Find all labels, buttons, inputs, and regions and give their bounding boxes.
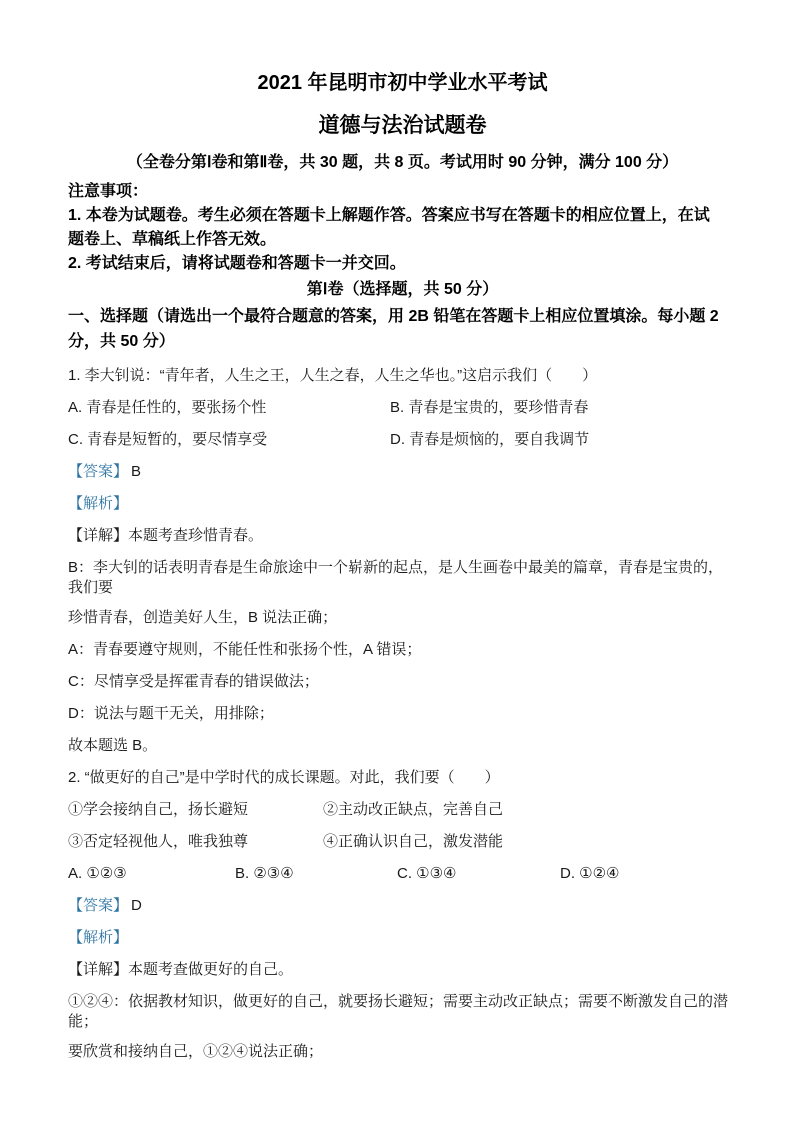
question-2-option-a: A. ①②③ — [68, 864, 235, 884]
question-1-stem: 1. 李大钊说：“青年者，人生之王，人生之春，人生之华也。”这启示我们（ ） — [68, 366, 737, 386]
question-2-option-d: D. ①②④ — [560, 864, 620, 884]
detail-label: 【详解】 — [68, 961, 128, 978]
answer-label: 【答案】 — [68, 463, 128, 480]
paper-meta-line: （全卷分第Ⅰ卷和第Ⅱ卷，共 30 题，共 8 页。考试用时 90 分钟，满分 1… — [68, 152, 737, 173]
analysis-label: 【解析】 — [68, 929, 128, 946]
paper-subtitle: 道德与法治试题卷 — [68, 112, 737, 140]
question-2-detail-text: 本题考查做更好的自己。 — [128, 961, 293, 978]
question-2-items-row-1: ①学会接纳自己，扬长避短 ②主动改正缺点，完善自己 — [68, 800, 737, 820]
question-1-explanation-c: C：尽情享受是挥霍青春的错误做法； — [68, 672, 737, 692]
notices-heading: 注意事项： — [68, 180, 737, 204]
question-2-options-row: A. ①②③ B. ②③④ C. ①③④ D. ①②④ — [68, 864, 737, 884]
explanation-line: B：李大钊的话表明青春是生命旅途中一个崭新的起点，是人生画卷中最美的篇章，青春是… — [68, 558, 737, 598]
question-1-conclusion: 故本题选 B。 — [68, 736, 737, 756]
question-2-item-3: ③否定轻视他人，唯我独尊 — [68, 832, 323, 852]
question-1-explanation-b: B：李大钊的话表明青春是生命旅途中一个崭新的起点，是人生画卷中最美的篇章，青春是… — [68, 558, 737, 628]
notice-line-1: 1. 本卷为试题卷。考生必须在答题卡上解题作答。答案应书写在答题卡的相应位置上，… — [68, 204, 737, 228]
question-1-option-b: B. 青春是宝贵的，要珍惜青春 — [390, 398, 588, 418]
question-1-options-row-1: A. 青春是任性的，要张扬个性 B. 青春是宝贵的，要珍惜青春 — [68, 398, 737, 418]
detail-label: 【详解】 — [68, 527, 128, 544]
analysis-label: 【解析】 — [68, 495, 128, 512]
question-1-answer-row: 【答案】B — [68, 462, 737, 482]
question-1-option-d: D. 青春是烦恼的，要自我调节 — [390, 430, 589, 450]
question-1-detail-row: 【详解】本题考查珍惜青春。 — [68, 526, 737, 546]
answer-label: 【答案】 — [68, 897, 128, 914]
question-2-option-b: B. ②③④ — [235, 864, 397, 884]
explanation-line: 珍惜青春，创造美好人生，B 说法正确； — [68, 608, 737, 628]
question-1-explanation-d: D：说法与题干无关，用排除； — [68, 704, 737, 724]
question-1-answer-value: B — [131, 463, 141, 480]
question-2-answer-row: 【答案】D — [68, 896, 737, 916]
explanation-line: ①②④：依据教材知识，做更好的自己，就要扬长避短；需要主动改正缺点；需要不断激发… — [68, 992, 737, 1032]
question-2-item-1: ①学会接纳自己，扬长避短 — [68, 800, 323, 820]
question-2-item-4: ④正确认识自己，激发潜能 — [323, 832, 503, 852]
question-2-detail-row: 【详解】本题考查做更好的自己。 — [68, 960, 737, 980]
question-1-analysis-row: 【解析】 — [68, 494, 737, 514]
section1-heading-line1: 一、选择题（请选出一个最符合题意的答案，用 2B 铅笔在答题卡上相应位置填涂。每… — [68, 304, 737, 329]
question-2-answer-value: D — [131, 897, 142, 914]
question-2-option-c: C. ①③④ — [397, 864, 560, 884]
notice-line-3: 2. 考试结束后，请将试题卷和答题卡一并交回。 — [68, 252, 737, 276]
exam-title: 2021 年昆明市初中学业水平考试 — [68, 70, 737, 96]
question-2-items-row-2: ③否定轻视他人，唯我独尊 ④正确认识自己，激发潜能 — [68, 832, 737, 852]
question-1-options-row-2: C. 青春是短暂的，要尽情享受 D. 青春是烦恼的，要自我调节 — [68, 430, 737, 450]
question-1-detail-text: 本题考查珍惜青春。 — [128, 527, 263, 544]
section1-heading-line2: 分，共 50 分） — [68, 329, 737, 354]
question-2-item-2: ②主动改正缺点，完善自己 — [323, 800, 503, 820]
exam-paper-page: 2021 年昆明市初中学业水平考试 道德与法治试题卷 （全卷分第Ⅰ卷和第Ⅱ卷，共… — [0, 0, 793, 1122]
notice-line-2: 题卷上、草稿纸上作答无效。 — [68, 228, 737, 252]
question-2-analysis-row: 【解析】 — [68, 928, 737, 948]
question-1-option-c: C. 青春是短暂的，要尽情享受 — [68, 430, 390, 450]
question-1-option-a: A. 青春是任性的，要张扬个性 — [68, 398, 390, 418]
question-2-stem: 2. “做更好的自己”是中学时代的成长课题。对此，我们要（ ） — [68, 768, 737, 788]
question-1-explanation-a: A：青春要遵守规则，不能任性和张扬个性，A 错误； — [68, 640, 737, 660]
explanation-line: 要欣赏和接纳自己，①②④说法正确； — [68, 1042, 737, 1062]
part1-heading: 第Ⅰ卷（选择题，共 50 分） — [68, 279, 737, 301]
question-2-explanation: ①②④：依据教材知识，做更好的自己，就要扬长避短；需要主动改正缺点；需要不断激发… — [68, 992, 737, 1062]
